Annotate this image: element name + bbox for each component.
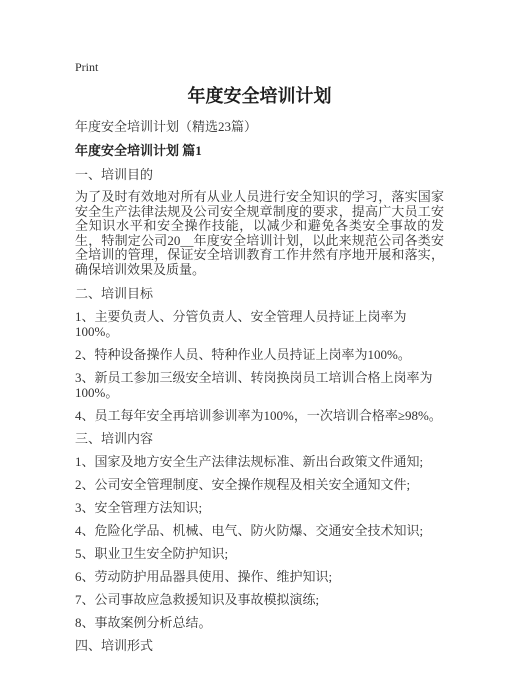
section-training-format: 四、培训形式 <box>75 638 444 653</box>
list-item: 3、新员工参加三级安全培训、转岗换岗员工培训合格上岗率为100%。 <box>75 370 444 400</box>
section-training-goals: 二、培训目标 1、主要负责人、分管负责人、安全管理人员持证上岗率为100%。 2… <box>75 286 444 423</box>
section-heading: 四、培训形式 <box>75 638 444 653</box>
document-subtitle: 年度安全培训计划（精选23篇） <box>75 119 444 134</box>
list-item: 7、公司事故应急救援知识及事故模拟演练; <box>75 592 444 607</box>
list-item: 1、主要负责人、分管负责人、安全管理人员持证上岗率为100%。 <box>75 309 444 339</box>
section-heading: 三、培训内容 <box>75 431 444 446</box>
document-page: Print 年度安全培训计划 年度安全培训计划（精选23篇） 年度安全培训计划 … <box>0 0 520 673</box>
list-item: 5、职业卫生安全防护知识; <box>75 546 444 561</box>
list-item: 2、公司安全管理制度、安全操作规程及相关安全通知文件; <box>75 477 444 492</box>
list-item: 1、国家及地方安全生产法律法规标准、新出台政策文件通知; <box>75 454 444 469</box>
list-item: 4、危险化学品、机械、电气、防火防爆、交通安全技术知识; <box>75 523 444 538</box>
list-item: 4、员工每年安全再培训参训率为100%，一次培训合格率≥98%。 <box>75 408 444 423</box>
paragraph: 为了及时有效地对所有从业人员进行安全知识的学习，落实国家安全生产法律法规及公司安… <box>75 190 444 278</box>
print-link[interactable]: Print <box>75 60 444 74</box>
list-item: 2、特种设备操作人员、特种作业人员持证上岗率为100%。 <box>75 347 444 362</box>
section-heading: 二、培训目标 <box>75 286 444 301</box>
article-heading: 年度安全培训计划 篇1 <box>75 143 444 158</box>
list-item: 3、安全管理方法知识; <box>75 500 444 515</box>
list-item: 6、劳动防护用品器具使用、操作、维护知识; <box>75 569 444 584</box>
section-training-content: 三、培训内容 1、国家及地方安全生产法律法规标准、新出台政策文件通知; 2、公司… <box>75 431 444 630</box>
document-title: 年度安全培训计划 <box>75 86 444 107</box>
section-training-purpose: 一、培训目的 为了及时有效地对所有从业人员进行安全知识的学习，落实国家安全生产法… <box>75 167 444 278</box>
list-item: 8、事故案例分析总结。 <box>75 615 444 630</box>
section-heading: 一、培训目的 <box>75 167 444 182</box>
